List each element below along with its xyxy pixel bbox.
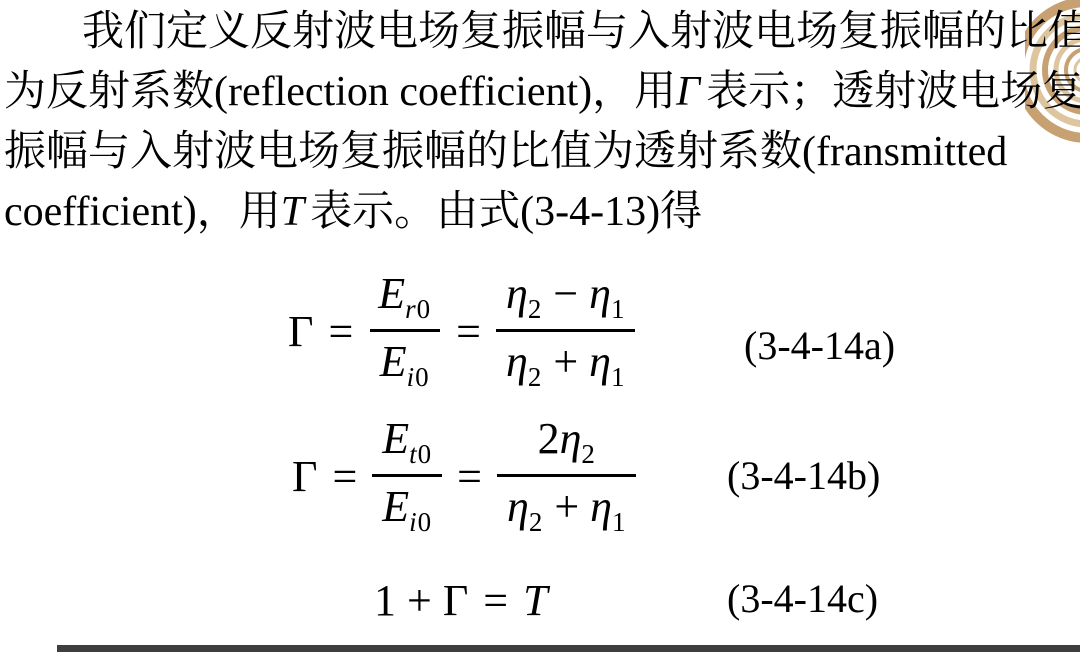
plus-sign: + [554,482,579,531]
subscript-digit: 2 [528,294,543,324]
eta-symbol: η [560,414,582,463]
subscript: t0 [409,439,432,469]
fraction-numerator: 2η2 [528,415,606,474]
paragraph-line-4-tail: 表示。由式(3-4-13)得 [310,189,702,235]
subscript: i0 [409,507,432,537]
fraction-numerator: η2−η1 [496,270,635,329]
subscript-var: r [405,294,417,324]
t-symbol: T [523,575,547,626]
subscript-digit: 1 [612,507,627,537]
plus-sign: + [553,337,578,386]
t-variable: T [281,189,304,235]
fraction-numerator: Et0 [372,415,442,474]
eta-symbol: η [589,337,611,386]
E-symbol: E [378,269,405,318]
gamma-symbol: Γ [292,451,317,502]
one-literal: 1 [374,575,396,626]
equation-b: Γ = Et0 Ei0 = 2η2 η2+η1 [292,415,636,537]
subscript-digit: 2 [529,507,544,537]
subscript-var: i [409,507,418,537]
equals-sign: = [457,451,482,502]
slide: 我们定义反射波电场复振幅与入射波电场复振幅的比值 为反射系数(reflectio… [0,0,1080,652]
subscript-var: t [409,439,418,469]
subscript-var: i [407,362,416,392]
E-symbol: E [382,414,409,463]
subscript-digit: 0 [415,362,430,392]
fraction-denominator: η2+η1 [497,474,636,537]
paragraph-line-1: 我们定义反射波电场复振幅与入射波电场复振幅的比值 [4,2,1078,62]
paragraph-line-2-tail: 表示；透射波电场复 [706,69,1080,115]
gamma-variable: Γ [676,69,700,115]
subscript-digit: 2 [528,362,543,392]
fraction-Et0-over-Ei0: Et0 Ei0 [372,415,442,537]
equation-c: 1 + Γ = T [374,575,548,626]
minus-sign: − [553,269,578,318]
equation-label-b: (3-4-14b) [727,452,880,499]
fraction-Er0-over-Ei0: Er0 Ei0 [368,270,441,392]
fraction-denominator: Ei0 [370,329,440,392]
eta-symbol: η [507,482,529,531]
equation-label-a: (3-4-14a) [744,322,895,369]
paragraph-line-1-text: 我们定义反射波电场复振幅与入射波电场复振幅的比值 [82,9,1080,55]
eta-symbol: η [589,269,611,318]
subscript-digit: 2 [581,439,596,469]
equation-a: Γ = Er0 Ei0 = η2−η1 η2+η1 [288,270,635,392]
fraction-denominator: η2+η1 [496,329,635,392]
fraction-numerator: Er0 [368,270,441,329]
fraction-eta-difference-over-sum: η2−η1 η2+η1 [496,270,635,392]
paragraph-line-3-text: 振幅与入射波电场复振幅的比值为透射系数(fransmitted [4,129,1007,175]
equals-sign: = [328,306,353,357]
footer-bar [57,645,1080,652]
paragraph-line-2: 为反射系数(reflection coefficient)，用Γ表示；透射波电场… [4,62,1078,122]
fraction-denominator: Ei0 [372,474,442,537]
subscript: r0 [405,294,431,324]
equals-sign: = [332,451,357,502]
paragraph-line-2-text: 为反射系数(reflection coefficient)，用 [4,69,676,115]
subscript: i0 [407,362,430,392]
E-symbol: E [382,482,409,531]
paragraph-line-4-text: coefficient)，用 [4,189,281,235]
paragraph-line-4: coefficient)，用T表示。由式(3-4-13)得 [4,182,1078,242]
eta-symbol: η [590,482,612,531]
paragraph-line-3: 振幅与入射波电场复振幅的比值为透射系数(fransmitted [4,122,1078,182]
eta-symbol: η [506,337,528,386]
subscript-digit: 1 [611,362,626,392]
gamma-symbol: Γ [288,306,313,357]
paragraph: 我们定义反射波电场复振幅与入射波电场复振幅的比值 为反射系数(reflectio… [4,2,1078,242]
equals-sign: = [456,306,481,357]
fraction-2eta2-over-sum: 2η2 η2+η1 [497,415,636,537]
subscript-digit: 0 [418,439,433,469]
subscript-digit: 0 [418,507,433,537]
coefficient: 2 [538,414,560,463]
equation-label-c: (3-4-14c) [727,575,878,622]
subscript-digit: 0 [417,294,432,324]
eta-symbol: η [506,269,528,318]
plus-sign: + [407,575,432,626]
equals-sign: = [483,575,508,626]
subscript-digit: 1 [611,294,626,324]
gamma-symbol: Γ [443,575,468,626]
E-symbol: E [380,337,407,386]
